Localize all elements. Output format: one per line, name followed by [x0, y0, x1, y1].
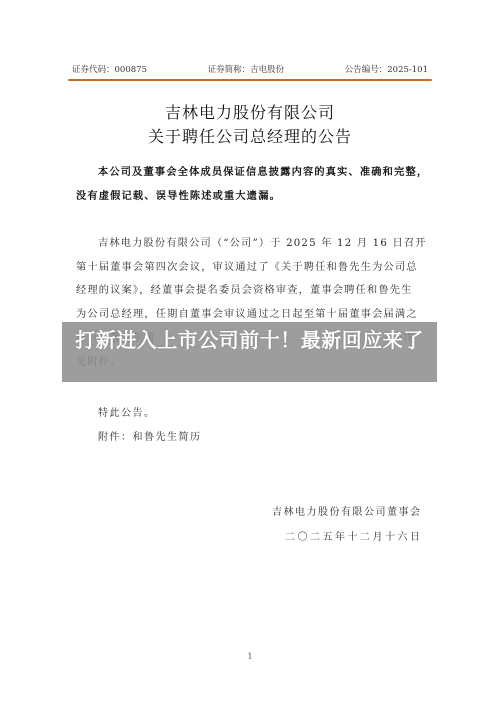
announcement-body: 吉林电力股份有限公司（“公司”）于 2025 年 12 月 16 日召开 第十届…	[76, 232, 428, 326]
headline-overlay: 打新进入上市公司前十！最新回应来了	[62, 322, 437, 382]
body-line: 经理的议案》，经董事会提名委员会资格审查，董事会聘任和鲁先生	[76, 279, 428, 303]
company-title: 吉林电力股份有限公司	[0, 100, 500, 123]
header-divider	[68, 79, 432, 81]
stock-abbreviation: 证券简称：吉电股份	[208, 63, 285, 77]
page-number: 1	[0, 652, 500, 661]
signatory: 吉林电力股份有限公司董事会	[272, 503, 422, 518]
statement-line: 没有虚假记载、误导性陈述或重大遗漏。	[76, 184, 428, 208]
closing-notice: 特此公告。	[98, 404, 156, 419]
announcement-title: 关于聘任公司总经理的公告	[0, 124, 500, 147]
attachment-label: 附件：和鲁先生简历	[98, 428, 202, 443]
document-header: 证券代码：000875 证券简称：吉电股份 公告编号：2025-101	[72, 63, 428, 77]
statement-line: 本公司及董事会全体成员保证信息披露内容的真实、准确和完整，	[76, 160, 428, 184]
announcement-number: 公告编号：2025-101	[345, 63, 428, 77]
body-line: 吉林电力股份有限公司（“公司”）于 2025 年 12 月 16 日召开	[76, 232, 428, 256]
body-line: 第十届董事会第四次会议，审议通过了《关于聘任和鲁先生为公司总	[76, 256, 428, 280]
signature-date: 二〇二五年十二月十六日	[285, 528, 423, 543]
stock-code: 证券代码：000875	[72, 63, 147, 77]
disclosure-statement: 本公司及董事会全体成员保证信息披露内容的真实、准确和完整， 没有虚假记载、误导性…	[76, 160, 428, 208]
